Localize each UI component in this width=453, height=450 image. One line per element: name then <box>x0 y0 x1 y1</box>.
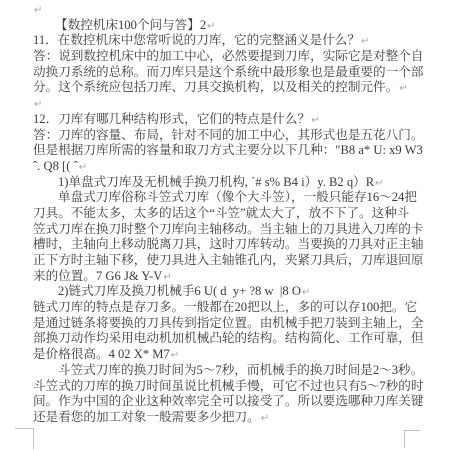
paragraph-mark-icon: ↵ <box>398 83 407 94</box>
empty-line: ↵ <box>33 96 425 112</box>
paragraph-mark-icon: ↵ <box>33 99 42 110</box>
doc-title: 【数控机床100个问与答】2↵ <box>33 18 425 34</box>
question-12-line: 12．刀库有哪几种结构形式，它们的特点是什么？↵ <box>33 112 425 128</box>
paragraph-mark-icon: ↵ <box>206 21 215 32</box>
item-2-body-line-1: 链式刀库的特点是存刀多。一般都在20把以上，多的可以存100把。它 <box>33 300 425 316</box>
question-11-line: 11．在数控机床中您常听说的刀库，它的完整涵义是什么？↵ <box>33 33 425 49</box>
text-line: 答：刀库的容量、布局，针对不同的加工中心，其形式也是五花八门。 <box>33 128 423 142</box>
item-2-body-line-4: 是价格很高。4 02 X* M7↵ <box>33 347 425 363</box>
text-line: 是价格很高。4 02 X* M7 <box>33 347 170 361</box>
text-line: 笠式刀库在换刀时整个刀库向主轴移动。当主轴上的刀具进入刀库的卡 <box>33 222 423 236</box>
paragraph-mark-icon: ↵ <box>374 178 383 189</box>
answer-11-line-2: 动换刀系统的总称。而刀库只是这个系统中最形象也是最重要的一个部 <box>33 65 425 81</box>
text-line: 1)单盘式刀库及无机械手换刀机构, `# s% B4 i）y. B2 q）R <box>58 175 374 189</box>
text-line: 斗笠式刀库的换刀时间为5～7秒，而机械手的换刀时间是2～3秒。 <box>58 363 423 377</box>
text-line: 链式刀库的特点是存刀多。一般都在20把以上，多的可以存100把。它 <box>33 300 417 314</box>
text-line: 是通过链条将要换的刀具传到指定位置。由机械手把刀装到主轴上，全 <box>33 316 423 330</box>
text-line: 但是根据刀库所需的容量和取刀方式主要分以下几种：″B8 a* U: x9 W3 <box>33 143 423 157</box>
text-line: 12．刀库有哪几种结构形式，它们的特点是什么？ <box>33 112 310 126</box>
text-line: 答：说到数控机床中的加工中心，必然要提到刀库，实际它是对整个自 <box>33 49 423 63</box>
summary-line-3: 间。作为中国的企业这种效率完全可以接受了。所以要选哪种刀库关键 <box>33 394 425 410</box>
item-1-body-line-1: 单盘式刀库俗称斗笠式刀库（像个大斗笠），一般只能存16～24把 <box>33 190 425 206</box>
text-line: 单盘式刀库俗称斗笠式刀库（像个大斗笠），一般只能存16～24把 <box>58 190 417 204</box>
paragraph-mark-icon: ↵ <box>301 287 310 298</box>
text-line: 动换刀系统的总称。而刀库只是这个系统中最形象也是最重要的一个部 <box>33 65 423 79</box>
paragraph-mark-icon: ↵ <box>310 115 319 126</box>
document-page: ↵ 【数控机床100个问与答】2↵ 11．在数控机床中您常听说的刀库，它的完整涵… <box>0 0 453 450</box>
crop-mark-bottom-left <box>15 428 34 449</box>
answer-12-line-3: ˆ. Q8 [( ˆ↵ <box>33 159 425 175</box>
answer-12-line-2: 但是根据刀库所需的容量和取刀方式主要分以下几种：″B8 a* U: x9 W3 <box>33 143 425 159</box>
answer-11-line-1: 答：说到数控机床中的加工中心，必然要提到刀库，实际它是对整个自 <box>33 49 425 65</box>
item-1-body-line-2: 刀具。不能太多，太多的话这个“斗笠”就太大了，放不下了。这种斗 <box>33 206 425 222</box>
crop-mark-bottom-right <box>404 430 420 448</box>
empty-line: ↵ <box>33 2 425 18</box>
paragraph-mark-icon: ↵ <box>170 350 179 361</box>
document-text: ↵ 【数控机床100个问与答】2↵ 11．在数控机床中您常听说的刀库，它的完整涵… <box>33 2 425 426</box>
paragraph-mark-icon: ↵ <box>162 272 171 283</box>
text-line: 2)链式刀库及换刀机械手6 U( d y+ ?8 w |8 O <box>58 284 301 298</box>
text-line: 部换刀动作均采用电动机加机械凸轮的结构。结构简化、工作可靠，但 <box>33 331 423 345</box>
paragraph-mark-icon: ↵ <box>360 36 369 47</box>
item-2-heading: 2)链式刀库及换刀机械手6 U( d y+ ?8 w |8 O↵ <box>33 284 425 300</box>
item-1-body-line-6: 来的位置。7 G6 J& Y-V↵ <box>33 269 425 285</box>
paragraph-mark-icon: ↵ <box>260 413 269 424</box>
item-1-body-line-4: 槽时，主轴向上移动脱离刀具，这时刀库转动。当要换的刀具对正主轴 <box>33 237 425 253</box>
text-line: 11．在数控机床中您常听说的刀库，它的完整涵义是什么？ <box>33 33 360 47</box>
text-line: 槽时，主轴向上移动脱离刀具，这时刀库转动。当要换的刀具对正主轴 <box>33 237 423 251</box>
text-line: 正下方时主轴下移，使刀具进入主轴锥孔内，夹紧刀具后，刀库退回原 <box>33 253 423 267</box>
summary-line-4: 还是看您的加工对象一般需要多少把刀。↵ <box>33 410 425 426</box>
answer-11-line-3: 分。这个系统应包括刀库、刀具交换机构，以及相关的控制元件。↵ <box>33 80 425 96</box>
item-1-body-line-5: 正下方时主轴下移，使刀具进入主轴锥孔内，夹紧刀具后，刀库退回原 <box>33 253 425 269</box>
item-2-body-line-2: 是通过链条将要换的刀具传到指定位置。由机械手把刀装到主轴上，全 <box>33 316 425 332</box>
answer-12-line-1: 答：刀库的容量、布局，针对不同的加工中心，其形式也是五花八门。 <box>33 128 425 144</box>
text-line: 间。作为中国的企业这种效率完全可以接受了。所以要选哪种刀库关键 <box>33 394 423 408</box>
text-line: 还是看您的加工对象一般需要多少把刀。 <box>33 410 260 424</box>
text-line: ˆ. Q8 [( ˆ <box>33 159 78 173</box>
doc-title-text: 【数控机床100个问与答】2 <box>55 18 206 32</box>
item-1-body-line-3: 笠式刀库在换刀时整个刀库向主轴移动。当主轴上的刀具进入刀库的卡 <box>33 222 425 238</box>
item-1-heading: 1)单盘式刀库及无机械手换刀机构, `# s% B4 i）y. B2 q）R↵ <box>33 175 425 191</box>
text-line: 分。这个系统应包括刀库、刀具交换机构，以及相关的控制元件。 <box>33 80 398 94</box>
paragraph-mark-icon: ↵ <box>33 5 42 16</box>
summary-line-1: 斗笠式刀库的换刀时间为5～7秒，而机械手的换刀时间是2～3秒。 <box>33 363 425 379</box>
text-line: 斗笠式的刀库的换刀时间虽说比机械手慢，可它不过也只有5～7秒的时 <box>33 379 423 393</box>
item-2-body-line-3: 部换刀动作均采用电动机加机械凸轮的结构。结构简化、工作可靠，但 <box>33 331 425 347</box>
text-line: 来的位置。7 G6 J& Y-V <box>33 269 162 283</box>
summary-line-2: 斗笠式的刀库的换刀时间虽说比机械手慢，可它不过也只有5～7秒的时 <box>33 379 425 395</box>
paragraph-mark-icon: ↵ <box>78 162 87 173</box>
text-line: 刀具。不能太多，太多的话这个“斗笠”就太大了，放不下了。这种斗 <box>33 206 409 220</box>
